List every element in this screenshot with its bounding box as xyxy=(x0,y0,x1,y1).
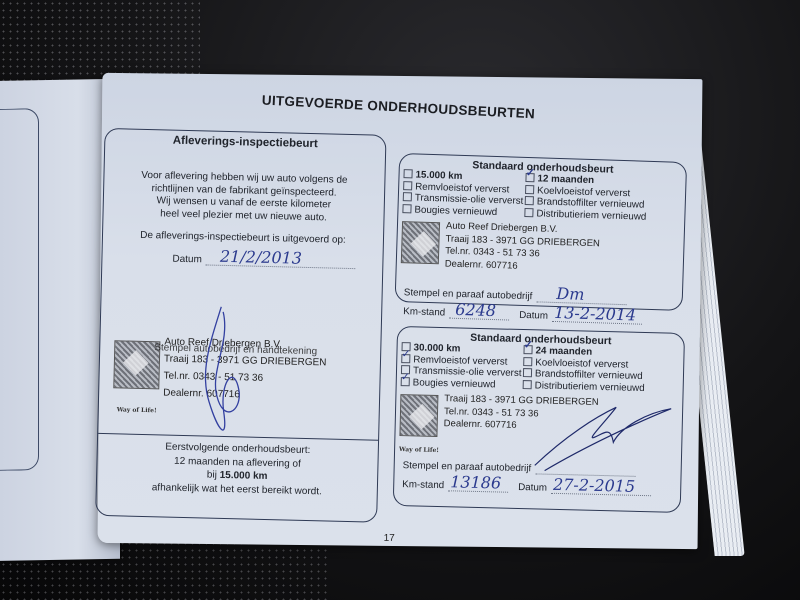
km-label: Km-stand xyxy=(403,306,445,318)
page-number: 17 xyxy=(384,533,395,544)
checkbox-icon[interactable] xyxy=(403,181,412,190)
item-label: Distributieriem vernieuwd xyxy=(536,208,646,222)
checkbox-icon[interactable] xyxy=(525,184,534,193)
dealer-tagline: Way of Life! xyxy=(117,406,157,414)
delivery-inspection-box: Afleverings-inspectiebeurt Voor afleveri… xyxy=(95,128,386,523)
checkbox-icon[interactable] xyxy=(523,357,532,366)
delivery-inspection-heading: Afleverings-inspectiebeurt xyxy=(135,134,355,157)
checkbox-checked-icon[interactable] xyxy=(401,377,410,386)
next-service-prefix: bij xyxy=(207,470,217,481)
item-label: Bougies vernieuwd xyxy=(414,204,497,218)
date-label: Datum xyxy=(519,310,548,322)
date-line: 21/2/2013 xyxy=(206,248,356,269)
item-label: Bougies vernieuwd xyxy=(413,377,496,390)
handwritten-initials: Dm xyxy=(556,284,585,304)
checkbox-icon[interactable] xyxy=(403,169,412,178)
handwritten-date: 27-2-2015 xyxy=(553,475,636,496)
initials-line: Dm xyxy=(536,285,626,305)
item-checkbox[interactable]: Bougies vernieuwd xyxy=(402,204,524,219)
dealer-name: Auto Reef Driebergen B.V. xyxy=(164,335,327,352)
delivery-date-row: Datum 21/2/2013 xyxy=(172,248,382,270)
km-label: 15.000 km xyxy=(415,170,462,182)
checkbox-checked-icon[interactable] xyxy=(401,354,410,363)
service-box-15000: Standaard onderhoudsbeurt 15.000 km 12 m… xyxy=(395,153,688,311)
handwritten-km: 6248 xyxy=(455,300,496,320)
dealer-stamp: Auto Reef Driebergen B.V. Traaij 183 - 3… xyxy=(396,219,684,288)
dealer-address: Traaij 183 - 3971 GG DRIEBERGEN xyxy=(164,352,327,369)
checkbox-icon[interactable] xyxy=(523,380,532,389)
next-service-km: 15.000 km xyxy=(220,470,268,482)
km-line: 6248 xyxy=(449,302,510,321)
dealer-phone: Tel.nr. 0343 - 51 73 36 xyxy=(163,369,326,386)
date-label: Datum xyxy=(518,482,547,494)
checkbox-icon[interactable] xyxy=(524,207,533,216)
item-checkbox[interactable]: Bougies vernieuwd xyxy=(401,377,523,391)
checkbox-icon[interactable] xyxy=(402,204,411,213)
item-label: Distributieriem vernieuwd xyxy=(535,380,645,394)
service-booklet-page: UITGEVOERDE ONDERHOUDSBEURTEN Aflevering… xyxy=(98,73,703,549)
dealer-stamp-text: Auto Reef Driebergen B.V. Traaij 183 - 3… xyxy=(163,335,327,403)
date-line: 13-2-2014 xyxy=(552,305,642,325)
dealer-stamp-text: Auto Reef Driebergen B.V. Traaij 183 - 3… xyxy=(445,220,601,275)
date-label: Datum xyxy=(172,254,202,266)
delivery-intro: Voor aflevering hebben wij uw auto volge… xyxy=(103,169,384,226)
page-title: UITGEVOERDE ONDERHOUDSBEURTEN xyxy=(262,93,562,123)
checkbox-icon[interactable] xyxy=(525,196,534,205)
left-page-frame xyxy=(0,108,39,471)
dealer-stamp-text: Traaij 183 - 3971 GG DRIEBERGEN Tel.nr. … xyxy=(444,393,599,434)
date-line: 27-2-2015 xyxy=(551,477,651,496)
checkbox-checked-icon[interactable] xyxy=(523,345,532,354)
checkbox-icon[interactable] xyxy=(403,192,412,201)
dealer-stamp: Stempel autobedrijf en handtekening Auto… xyxy=(112,334,374,430)
km-label: Km-stand xyxy=(402,479,444,491)
dealer-number: Dealernr. 607716 xyxy=(163,386,326,403)
delivery-done-line: De afleverings-inspectiebeurt is uitgevo… xyxy=(103,229,383,247)
handwritten-km: 13186 xyxy=(450,472,501,492)
dealer-stamp: Traaij 183 - 3971 GG DRIEBERGEN Tel.nr. … xyxy=(395,392,683,465)
km-label: 30.000 km xyxy=(413,342,460,354)
handwritten-date: 13-2-2014 xyxy=(554,303,637,325)
suzuki-logo-icon xyxy=(401,221,440,264)
checkbox-icon[interactable] xyxy=(523,368,532,377)
months-label: 24 maanden xyxy=(535,345,592,357)
service-box-30000: Standaard onderhoudsbeurt 30.000 km 24 m… xyxy=(393,326,685,513)
dealer-tagline: Way of Life! xyxy=(399,446,439,454)
handwritten-date: 21/2/2013 xyxy=(220,247,302,268)
dealer-number: Dealernr. 607716 xyxy=(444,418,599,434)
km-line: 13186 xyxy=(448,474,508,492)
checkbox-checked-icon[interactable] xyxy=(525,173,534,182)
suzuki-logo-icon xyxy=(399,394,438,437)
next-service-note: Eerstvolgende onderhoudsbeurt: 12 maande… xyxy=(97,439,378,500)
